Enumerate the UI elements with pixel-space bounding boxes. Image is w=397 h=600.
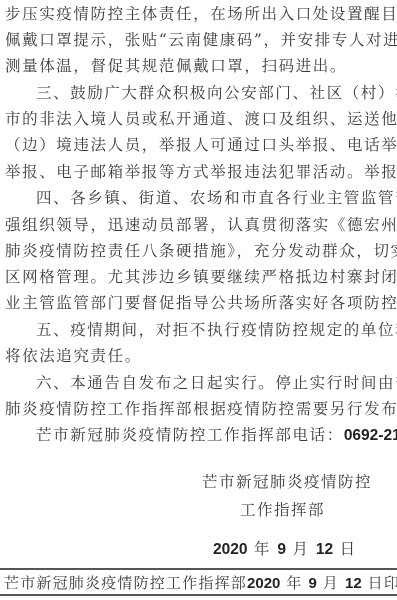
month: 9 — [309, 575, 317, 592]
footer-bottom-rule — [0, 594, 397, 596]
day: 12 — [345, 575, 362, 592]
paragraph-line: 测量体温，督促其规范佩戴口罩，扫码进出。 — [5, 53, 392, 79]
hq-phone: 0692-2114921 — [344, 427, 397, 444]
yue: 月 — [323, 574, 339, 592]
paragraph-line: 芒市新冠肺炎疫情防控工作指挥部电话：0692-2114921。 — [36, 422, 392, 449]
paragraph-line: 强组织领导，迅速动员部署，认真贯彻落实《德宏州边境新冠 — [5, 212, 392, 238]
line-text: 芒市新冠肺炎疫情防控工作指挥部电话： — [36, 426, 344, 444]
yue: 月 — [292, 540, 309, 558]
paragraph-line: 六、本通告自发布之日起实行。停止实行时间由芒市新冠 — [36, 370, 392, 396]
paragraph-line: 区网格管理。尤其涉边乡镇要继续严格抵边村寨封闭管理，行 — [5, 264, 392, 290]
paragraph-line: 步压实疫情防控主体责任，在场所出入口处设置醒目、清晰的 — [5, 1, 392, 27]
paragraph-line: 肺炎疫情防控工作指挥部根据疫情防控需要另行发布。 — [5, 396, 392, 422]
nian: 年 — [286, 574, 302, 592]
issuance-footer: 芒市新冠肺炎疫情防控工作指挥部 2020 年 9 月 12 日印发 — [4, 572, 391, 593]
year: 2020 — [247, 575, 280, 592]
paragraph-line: 佩戴口罩提示，张贴“云南健康码”，并安排专人对进出人员 — [5, 27, 392, 53]
paragraph-line: 五、疫情期间，对拒不执行疫情防控规定的单位和个人， — [36, 317, 392, 343]
paragraph-line: 举报、电子邮箱举报等方式举报违法犯罪活动。举报电话：110。 — [5, 159, 392, 186]
year: 2020 — [213, 541, 247, 558]
paragraph-line: 三、鼓励广大群众积极向公安部门、社区（村）举报在我 — [36, 80, 392, 106]
paragraph-line: 市的非法入境人员或私开通道、渡口及组织、运送他人偷越国 — [5, 106, 392, 132]
signature-org-line1: 芒市新冠肺炎疫情防控 — [202, 470, 372, 492]
day: 12 — [316, 541, 333, 558]
nian: 年 — [254, 540, 271, 558]
signature-date: 2020 年 9 月 12 日 — [213, 537, 357, 559]
paragraph-line: （边）境违法人员，举报人可通过口头举报、电话举报、微信 — [5, 132, 392, 158]
paragraph-line: 肺炎疫情防控责任八条硬措施》，充分发动群众，切实加强辖 — [5, 238, 392, 264]
month: 9 — [277, 541, 286, 558]
line-text: 举报、电子邮箱举报等方式举报违法犯罪活动。举报电话： — [5, 163, 397, 181]
signature-org-line2: 工作指挥部 — [240, 498, 325, 520]
footer-top-rule — [0, 568, 397, 570]
ri: 日 — [340, 540, 357, 558]
ri-yinfa: 日印发 — [368, 574, 397, 592]
footer-date: 2020 年 9 月 12 日印发 — [247, 572, 397, 593]
paragraph-line: 将依法追究责任。 — [5, 343, 392, 369]
footer-issuer: 芒市新冠肺炎疫情防控工作指挥部 — [4, 572, 247, 593]
paragraph-line: 四、各乡镇、街道、农场和市直各行业主管监管部门要加 — [36, 185, 392, 211]
paragraph-line: 业主管监管部门要督促指导公共场所落实好各项防控措施。 — [5, 290, 392, 316]
